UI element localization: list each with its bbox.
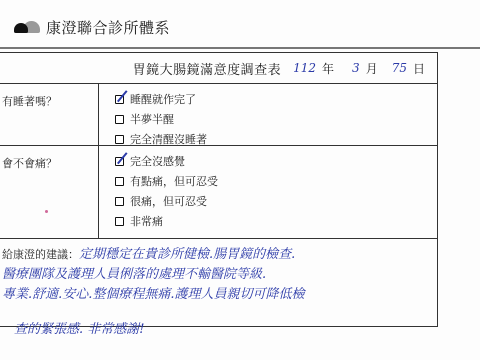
comments-section: 給康澄的建議：定期穩定在貴診所健檢.腸胃鏡的檢查. 醫療團隊及護理人員俐落的處理… [0, 239, 437, 326]
date-year-unit: 年 [322, 60, 334, 77]
option-item[interactable]: 非常痛 [115, 211, 437, 231]
option-item[interactable]: 完全清醒沒睡著 [115, 129, 437, 149]
form-title-row: 胃鏡大腸鏡滿意度調查表 112 年 3 月 75 日 [0, 53, 437, 84]
comment-line: 醫療團隊及護理人員俐落的處理不輸醫院等級. [2, 265, 437, 285]
option-label: 睡醒就作完了 [130, 91, 196, 107]
date-year: 112 [293, 61, 316, 75]
checkbox-icon[interactable] [115, 217, 124, 226]
option-item[interactable]: 很痛，但可忍受 [115, 191, 437, 211]
question-sleep: 有睡著嗎？ 睡醒就作完了 半夢半醒 完全清醒沒睡著 [0, 84, 437, 146]
checkbox-icon[interactable] [115, 177, 124, 186]
comments-label: 給康澄的建議： [2, 248, 79, 261]
clinic-header: 康澄聯合診所體系 [14, 16, 170, 38]
checkbox-checked-icon[interactable] [115, 95, 124, 104]
form-title: 胃鏡大腸鏡滿意度調查表 [133, 59, 282, 78]
checkbox-icon[interactable] [115, 135, 124, 144]
option-label: 完全沒感覺 [130, 153, 185, 169]
comment-text: 定期穩定在貴診所健檢.腸胃鏡的檢查. [79, 247, 295, 262]
option-list: 完全沒感覺 有點痛，但可忍受 很痛，但可忍受 非常痛 [99, 146, 437, 238]
checkbox-icon[interactable] [115, 115, 124, 124]
comment-line-overflow: 查的緊張感. 非常感謝! [14, 320, 145, 340]
option-label: 完全清醒沒睡著 [130, 131, 207, 147]
survey-form: 胃鏡大腸鏡滿意度調查表 112 年 3 月 75 日 有睡著嗎？ 睡醒就作完了 … [0, 52, 438, 327]
option-label: 半夢半醒 [130, 111, 174, 127]
question-pain: 會不會痛？ 完全沒感覺 有點痛，但可忍受 很痛，但可忍受 非常痛 [0, 146, 437, 239]
clinic-name: 康澄聯合診所體系 [46, 17, 170, 38]
option-label: 很痛，但可忍受 [130, 193, 207, 209]
option-item[interactable]: 睡醒就作完了 [115, 89, 437, 109]
date-month: 3 [352, 61, 360, 75]
question-label: 有睡著嗎？ [0, 84, 99, 145]
option-label: 有點痛，但可忍受 [130, 173, 218, 189]
clinic-logo-icon [14, 21, 40, 33]
checkbox-icon[interactable] [115, 197, 124, 206]
option-item[interactable]: 完全沒感覺 [115, 151, 437, 171]
date-month-unit: 月 [366, 60, 378, 77]
option-item[interactable]: 有點痛，但可忍受 [115, 171, 437, 191]
option-label: 非常痛 [130, 213, 163, 229]
checkbox-checked-icon[interactable] [115, 157, 124, 166]
question-label: 會不會痛？ [0, 146, 99, 238]
ink-mark [45, 210, 48, 213]
header-divider [0, 47, 480, 49]
date-day-unit: 日 [413, 60, 425, 77]
comment-line: 給康澄的建議：定期穩定在貴診所健檢.腸胃鏡的檢查. [2, 245, 437, 265]
option-item[interactable]: 半夢半醒 [115, 109, 437, 129]
comment-line: 專業.舒適.安心.整個療程無痛.護理人員親切可降低檢 [2, 285, 437, 305]
option-list: 睡醒就作完了 半夢半醒 完全清醒沒睡著 [99, 84, 437, 145]
date-day: 75 [392, 61, 407, 75]
